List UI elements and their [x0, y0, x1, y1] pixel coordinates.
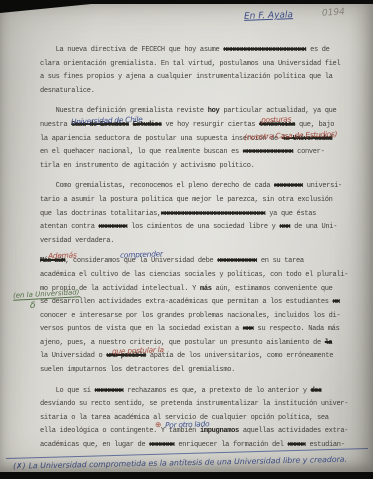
typed-text: rechazamos es que, a pretexto de lo ante… — [123, 387, 310, 395]
typed-text: desviando su recto sentido, se pretenda … — [40, 400, 348, 408]
handwritten-corner-name: En F. Ayala — [244, 10, 293, 22]
typed-text: Como gremialistas, reconocemos el pleno … — [40, 182, 274, 190]
typed-paragraph: Nuestra definición gremialista reviste h… — [40, 105, 357, 173]
typed-text: universi- — [303, 182, 342, 190]
typed-line: en el quehacer nacional, lo que realment… — [40, 146, 357, 160]
struck-out-text: xxx — [243, 325, 254, 333]
typed-text: apatía de los universitarios, como errón… — [146, 352, 333, 360]
paper-page: En F. Ayala 0194 La nueva directiva de F… — [0, 4, 373, 472]
typed-paragraph: Lo que sí xxxxxxxx rechazamos es que, a … — [40, 385, 357, 453]
typed-line: conocer e interesarse por los grandes pr… — [40, 310, 357, 324]
insertion-mark: δ — [30, 301, 36, 311]
struck-out-text: xxxxxxxxxxxxxxxxxxxxxxx — [223, 46, 306, 54]
typed-text: que las doctrinas totalitarias, — [40, 210, 161, 218]
typed-text: hoy — [208, 107, 220, 115]
typed-line: desviando su recto sentido, se pretenda … — [40, 398, 357, 412]
typed-line: que las doctrinas totalitarias,xxxxxxxxx… — [40, 208, 357, 222]
typed-text: La nueva directiva de FECECH que hoy asu… — [40, 46, 223, 54]
typed-line: a sus fines propios y ajena a cualquier … — [40, 71, 357, 85]
typed-text: aquellas actividades extra- — [239, 427, 348, 435]
typed-text: nuestra — [40, 121, 71, 129]
typed-line: la apariencia seductora de postular una … — [40, 133, 357, 147]
typed-text: ajeno, pues, a nuestro criterio, que pos… — [40, 339, 325, 347]
typed-text: los cimientos de una sociedad libre y — [127, 223, 279, 231]
typed-line: AdemásMás aún, consideramos comprenderqu… — [40, 255, 357, 269]
typed-text: ya que éstas — [265, 210, 316, 218]
typed-line: suelen imputarnos los detractores del gr… — [40, 364, 357, 378]
typed-line: atentan contra xxxxxxxx los cimientos de… — [40, 221, 357, 235]
typed-line: tario a asumir la postura política que m… — [40, 194, 357, 208]
struck-out-text: xxxxxxx — [149, 441, 174, 449]
struck-out-text: xxxxxxxxxxx — [217, 257, 257, 265]
typed-line: versidad verdadera. — [40, 235, 357, 249]
typed-line: Como gremialistas, reconocemos el pleno … — [40, 180, 357, 194]
struck-out-text: xx — [333, 298, 340, 306]
typed-text: versidad verdadera. — [40, 237, 114, 245]
typed-paragraph: Como gremialistas, reconocemos el pleno … — [40, 180, 357, 248]
typed-line: desnaturalice. — [40, 85, 357, 99]
struck-out-text: xxxxxxxxxxxxxxxxxxxxxxxxxxxxx — [161, 210, 265, 218]
struck-out-text: xxx — [279, 223, 290, 231]
typed-text: enriquecer la formación del — [174, 441, 287, 449]
typed-text: Nuestra definición gremialista reviste — [40, 107, 208, 115]
typed-line: académica el cultivo de las ciencias soc… — [40, 269, 357, 283]
handwritten-corner-code: 0194 — [322, 7, 346, 19]
typed-text: versos puntos de vista que en la socieda… — [40, 325, 243, 333]
typed-line: tirla en instrumento de agitación y acti… — [40, 160, 357, 174]
struck-out-text: xxxxxxxxxxxxxx — [243, 148, 293, 156]
typed-text: en su tarea — [257, 257, 304, 265]
typed-text: de una Uni- — [290, 223, 337, 231]
typed-text: ella ideológica o contingente. — [40, 427, 161, 435]
struck-out-text: des — [311, 387, 322, 395]
typed-text: más — [200, 285, 212, 293]
typed-text-block: La nueva directiva de FECECH que hoy asu… — [40, 44, 357, 460]
typed-text: atentan contra — [40, 223, 99, 231]
handwritten-inline-note: posturas — [261, 115, 291, 124]
typed-text: que, bajo — [295, 121, 334, 129]
typed-line: la Universidad o que postular launa posi… — [40, 350, 357, 364]
typed-paragraph: AdemásMás aún, consideramos comprenderqu… — [40, 255, 357, 377]
scanned-document: En F. Ayala 0194 La nueva directiva de F… — [0, 0, 373, 479]
typed-text: ve hoy resurgir ciertas — [162, 121, 260, 129]
struck-out-text: xxxxxxxx — [99, 223, 128, 231]
typed-text: desnaturalice. — [40, 87, 95, 95]
typed-text: su respecto. Nada más — [254, 325, 340, 333]
typed-line: mo propio de la actividad intelectual. Y… — [40, 283, 357, 297]
typed-text: es de — [306, 46, 329, 54]
typed-line: Lo que sí xxxxxxxx rechazamos es que, a … — [40, 385, 357, 399]
struck-out-text: xxxxx — [288, 441, 306, 449]
typed-text: suelen imputarnos los detractores del gr… — [40, 366, 235, 374]
struck-out-text: xxxxxxxx — [274, 182, 303, 190]
struck-out-text: xxxxxxxx — [95, 387, 124, 395]
typed-line: se desarrollen actividades extra-académi… — [40, 296, 357, 310]
typed-text: Lo que sí — [40, 387, 95, 395]
typed-text: tirla en instrumento de agitación y acti… — [40, 162, 255, 170]
handwritten-inline-note: Además — [48, 252, 77, 261]
typed-line: versos puntos de vista que en la socieda… — [40, 323, 357, 337]
typed-text: conocer e interesarse por los grandes pr… — [40, 312, 340, 320]
handwritten-bottom-mark: (✗) — [13, 461, 26, 470]
typed-text: académicas que, en lugar de — [40, 441, 149, 449]
typed-paragraph: La nueva directiva de FECECH que hoy asu… — [40, 44, 357, 98]
typed-text: aún, estimamos conveniente que — [212, 285, 333, 293]
typed-text: clara orientación gremialista. En tal vi… — [40, 60, 340, 68]
typed-text: tario a asumir la postura política que m… — [40, 196, 333, 204]
typed-text: a sus fines propios y ajena a cualquier … — [40, 73, 333, 81]
typed-text: se desarrollen actividades extra-académi… — [40, 298, 333, 306]
typed-text: la Universidad o — [40, 352, 106, 360]
typed-line: ella ideológica o contingente. ⊕Por otro… — [40, 425, 357, 439]
handwritten-inline-note: ⊕ — [155, 421, 161, 429]
typed-text: académica el cultivo de las ciencias soc… — [40, 271, 348, 279]
struck-out-text: la — [325, 339, 332, 347]
typed-text: conver- — [293, 148, 324, 156]
typed-text: en el quehacer nacional, lo que realment… — [40, 148, 243, 156]
typed-line: clara orientación gremialista. En tal vi… — [40, 58, 357, 72]
typed-line: ajeno, pues, a nuestro criterio, que pos… — [40, 337, 357, 351]
typed-line: La nueva directiva de FECECH que hoy asu… — [40, 44, 357, 58]
typed-text: impugnamos — [200, 427, 239, 435]
